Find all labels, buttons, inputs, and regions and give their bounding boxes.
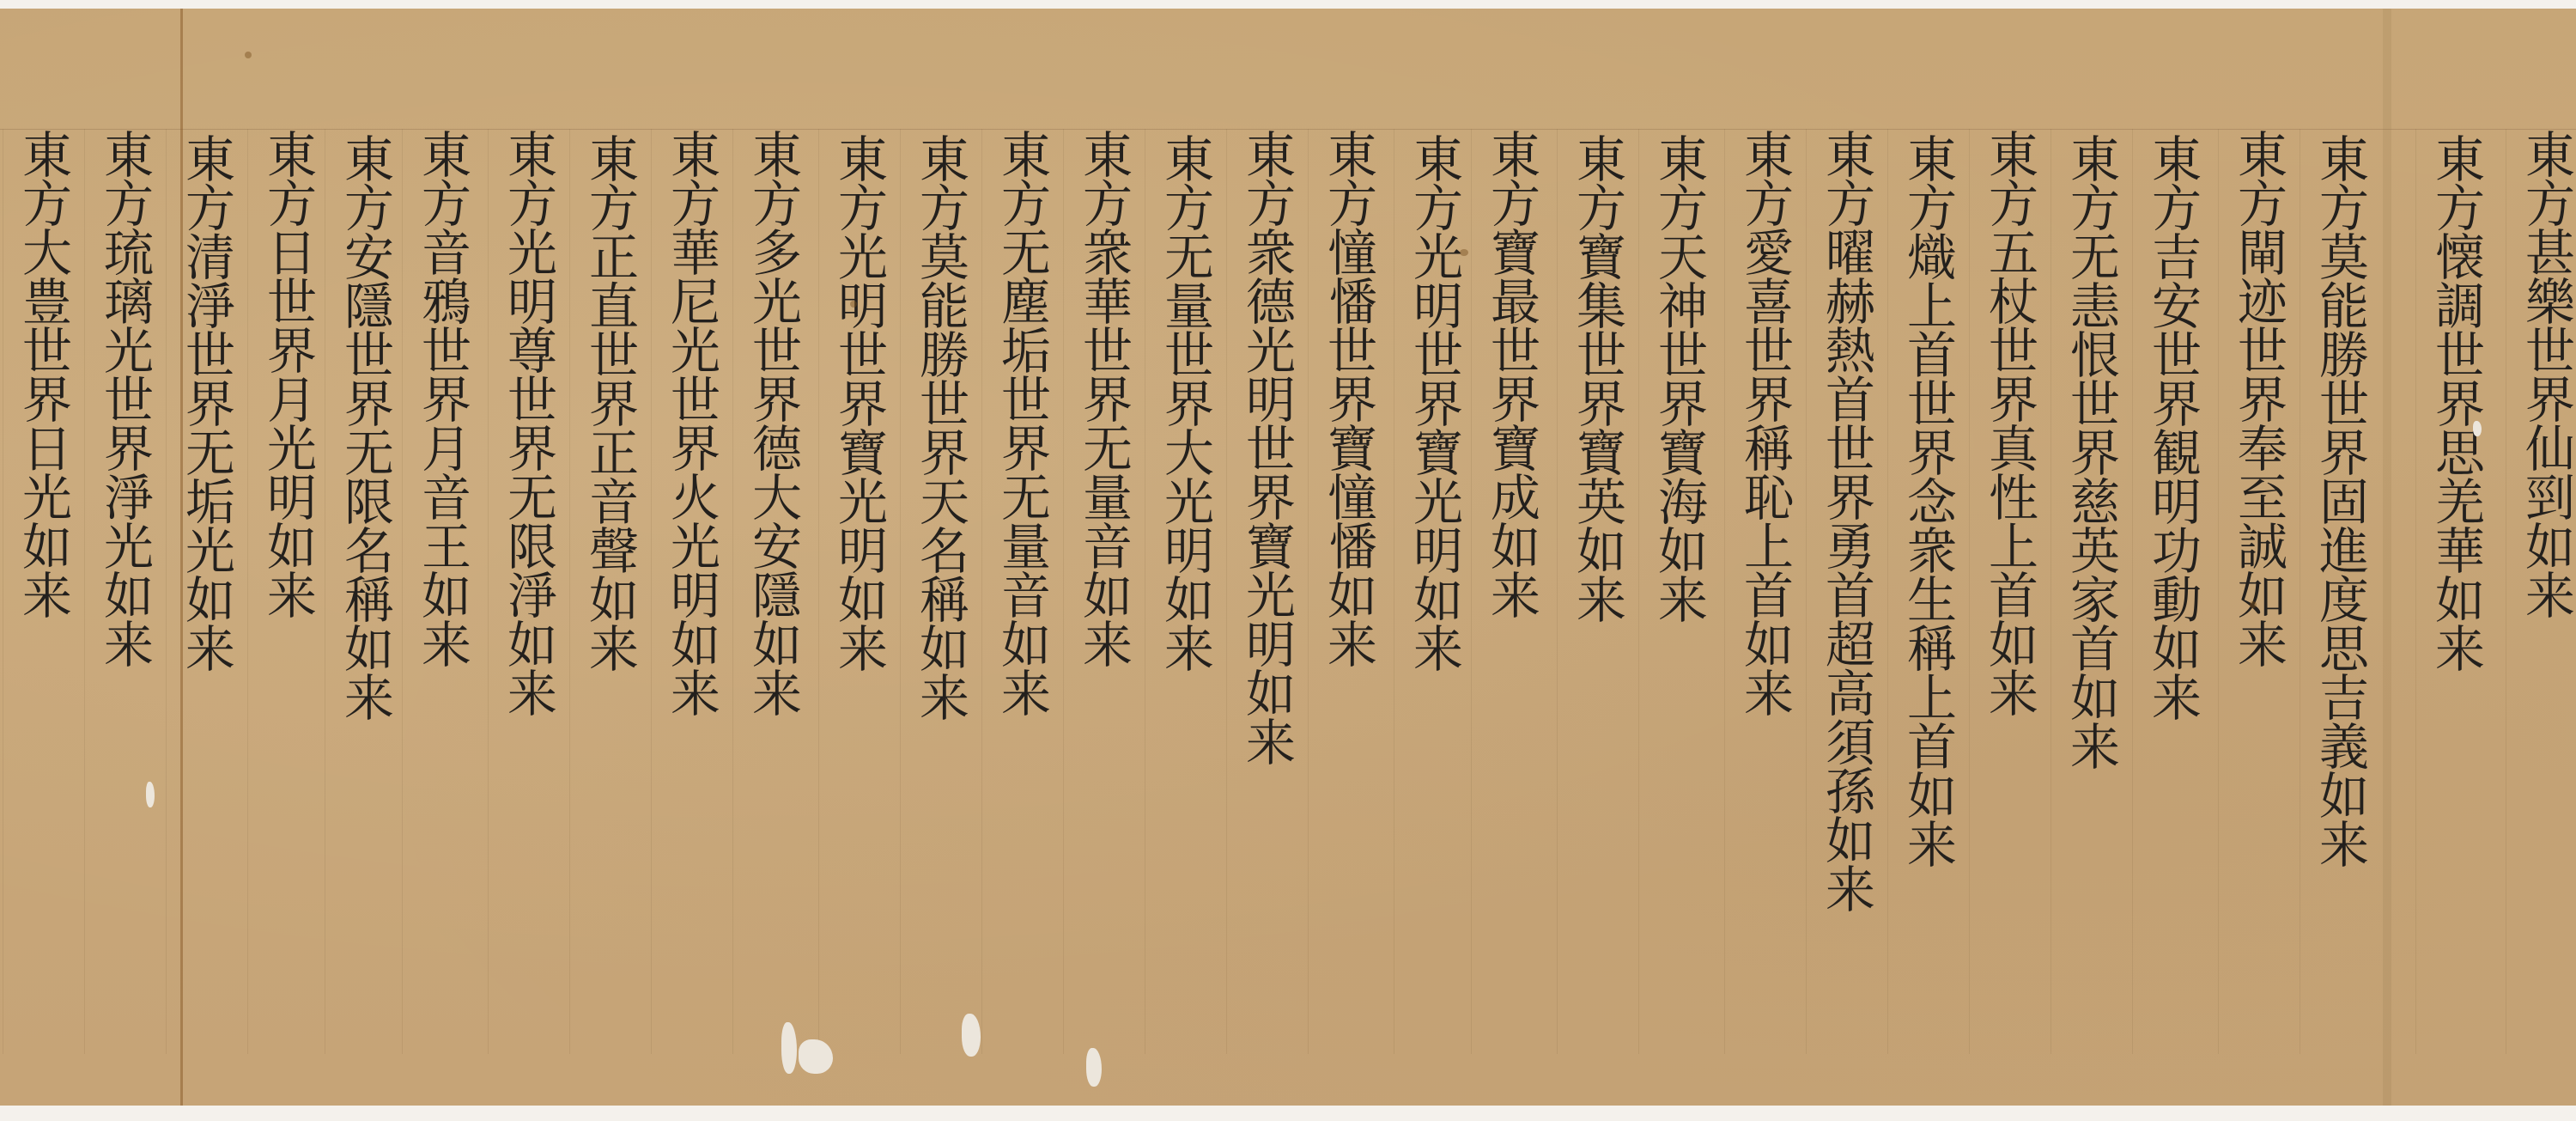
ink-stain — [850, 301, 857, 308]
text-column: 東方安隱世界无限名稱如来 — [335, 133, 395, 721]
column-guide-line — [651, 129, 652, 1054]
column-guide-line — [1308, 129, 1309, 1054]
column-guide-line — [981, 129, 982, 1054]
column-guide-line — [247, 129, 248, 1054]
column-guide-line — [2132, 129, 2133, 1054]
text-column: 東方寶最世界寶成如来 — [1481, 129, 1541, 618]
text-column: 東方曜赫熱首世界勇首超高須孫如来 — [1816, 129, 1876, 912]
text-column: 東方愛喜世界稱恥上首如来 — [1735, 129, 1795, 716]
paper-tear — [1086, 1048, 1102, 1087]
text-column: 東方音鴉世界月音王如来 — [412, 129, 472, 667]
paper-tear — [2473, 421, 2482, 436]
column-guide-line — [818, 129, 819, 1054]
paper-tear — [146, 782, 155, 807]
text-column: 東方无塵垢世界无量音如来 — [992, 129, 1052, 716]
column-guide-line — [2218, 129, 2219, 1054]
text-column: 東方五杖世界真性上首如来 — [1979, 129, 2039, 716]
sutra-scroll-paper: 東方甚樂世界仙剄如来東方懐調世界思羌華如来東方莫能勝世界固進度思吉義如来東方閘迹… — [0, 9, 2576, 1106]
text-column: 東方衆華世界无量音如来 — [1073, 129, 1133, 667]
text-column: 東方光明尊世界无限淨如来 — [498, 129, 558, 716]
column-guide-line — [569, 129, 570, 1054]
text-column: 東方正直世界正音聲如来 — [580, 133, 640, 672]
column-guide-line — [2300, 129, 2300, 1054]
column-guide-line — [1887, 129, 1888, 1054]
column-guide-line — [1806, 129, 1807, 1054]
ink-stain — [1460, 249, 1468, 256]
text-column: 東方多光世界德大安隱如来 — [743, 129, 803, 716]
column-guide-line — [325, 129, 325, 1054]
ink-stain — [2250, 601, 2257, 608]
paper-seam-right — [2383, 9, 2391, 1106]
text-column: 東方光明世界寶光明如来 — [1404, 133, 1464, 672]
text-column: 東方寶集世界寶英如来 — [1567, 133, 1627, 623]
column-guide-line — [2415, 129, 2416, 1054]
column-guide-line — [84, 129, 85, 1054]
column-guide-line — [1724, 129, 1725, 1054]
text-column: 東方熾上首世界念衆生稱上首如来 — [1898, 133, 1958, 868]
column-guide-line — [1969, 129, 1970, 1054]
text-column: 東方華尼光世界火光明如来 — [661, 129, 721, 716]
paper-tear — [799, 1039, 833, 1074]
text-column: 東方甚樂世界仙剄如来 — [2516, 129, 2576, 618]
column-guide-line — [2050, 129, 2051, 1054]
text-column: 東方憧憣世界寶憧憣如来 — [1318, 129, 1378, 667]
text-column: 東方光明世界寶光明如来 — [829, 133, 889, 672]
column-guide-line — [1471, 129, 1472, 1054]
column-guide-line — [3, 129, 3, 1054]
column-guide-line — [1226, 129, 1227, 1054]
column-guide-line — [1394, 129, 1394, 1054]
text-column: 東方日世界月光明如来 — [258, 129, 318, 618]
column-guide-line — [1063, 129, 1064, 1054]
column-guide-line — [900, 129, 901, 1054]
text-column: 東方懐調世界思羌華如来 — [2426, 133, 2486, 672]
text-column: 東方莫能勝世界天名稱如来 — [910, 133, 970, 721]
column-guide-line — [2506, 129, 2506, 1054]
text-column: 東方清淨世界无垢光如来 — [176, 133, 236, 672]
text-column: 東方大豊世界日光如来 — [13, 129, 73, 618]
column-guide-line — [1638, 129, 1639, 1054]
column-guide-line — [166, 129, 167, 1054]
column-guide-line — [1557, 129, 1558, 1054]
text-column: 東方天神世界寶海如来 — [1649, 133, 1709, 623]
column-guide-line — [1145, 129, 1145, 1054]
column-guide-line — [488, 129, 489, 1054]
paper-tear — [962, 1014, 981, 1057]
text-column: 東方吉安世界観明功動如来 — [2142, 133, 2202, 721]
ink-stain — [245, 52, 252, 58]
text-column: 東方閘迹世界奉至誠如来 — [2228, 129, 2288, 667]
text-column: 東方衆德光明世界寶光明如来 — [1236, 129, 1297, 765]
column-guide-line — [402, 129, 403, 1054]
paper-tear — [781, 1022, 797, 1074]
text-column: 東方无恚恨世界慈英家首如来 — [2061, 133, 2121, 770]
text-column: 東方无量世界大光明如来 — [1155, 133, 1215, 672]
text-column: 東方莫能勝世界固進度思吉義如来 — [2310, 133, 2370, 868]
column-guide-line — [732, 129, 733, 1054]
text-column: 東方琉璃光世界淨光如来 — [94, 129, 155, 667]
